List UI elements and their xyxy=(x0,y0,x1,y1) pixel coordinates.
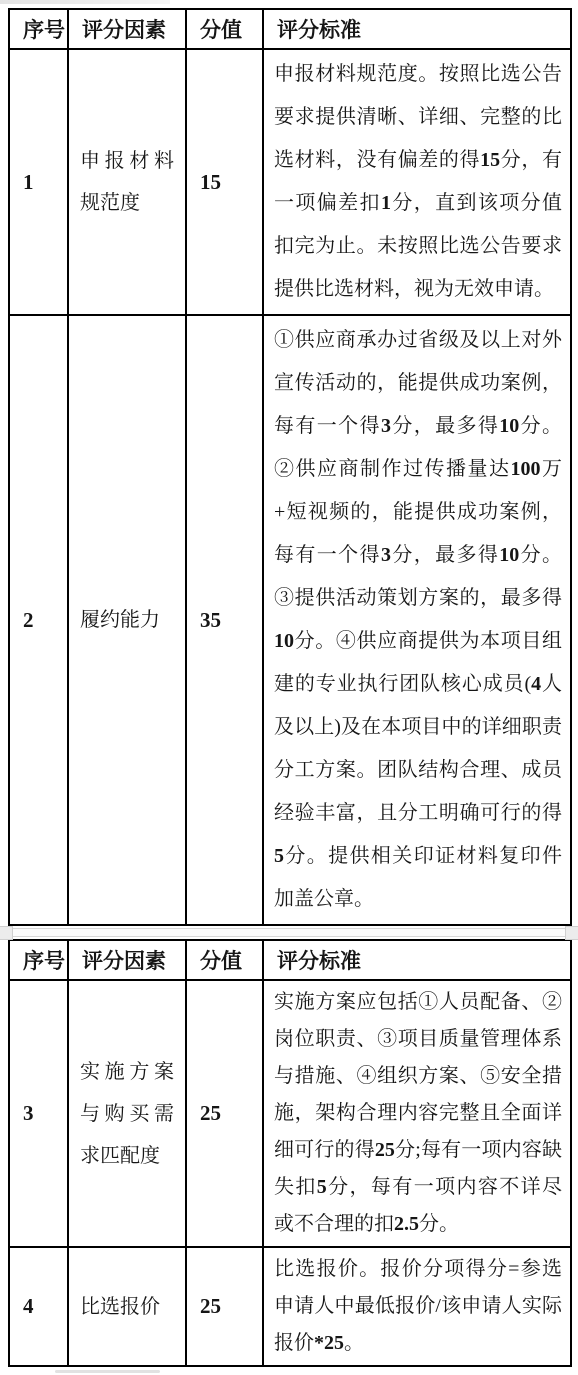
header-cell-seq: 序号 xyxy=(9,9,68,49)
header-row: 序号 评分因素 分值 评分标准 xyxy=(9,9,571,49)
row-seq: 2 xyxy=(9,315,68,925)
header-cell-score: 分值 xyxy=(186,940,263,980)
row-score: 25 xyxy=(186,1247,263,1366)
row-criteria: 申报材料规范度。按照比选公告要求提供清晰、详细、完整的比选材料，没有偏差的得15… xyxy=(263,49,571,315)
row-factor: 比选报价 xyxy=(68,1247,186,1366)
row-seq: 4 xyxy=(9,1247,68,1366)
row-factor: 实施方案与购买需求匹配度 xyxy=(68,980,186,1247)
table-row: 2 履约能力 35 ①供应商承办过省级及以上对外宣传活动的，能提供成功案例，每有… xyxy=(9,315,571,925)
row-score: 35 xyxy=(186,315,263,925)
row-seq: 3 xyxy=(9,980,68,1247)
row-seq: 1 xyxy=(9,49,68,315)
header-cell-score: 分值 xyxy=(186,9,263,49)
scoring-table-part-2: 序号 评分因素 分值 评分标准 3 实施方案与购买需求匹配度 25 实施方案应包… xyxy=(8,939,572,1367)
header-cell-factor: 评分因素 xyxy=(68,940,186,980)
table-row: 4 比选报价 25 比选报价。报价分项得分=参选申请人中最低报价/该申请人实际报… xyxy=(9,1247,571,1366)
row-score: 25 xyxy=(186,980,263,1247)
table-row: 3 实施方案与购买需求匹配度 25 实施方案应包括①人员配备、②岗位职责、③项目… xyxy=(9,980,571,1247)
scan-edge-artifact xyxy=(0,0,170,4)
header-cell-criteria: 评分标准 xyxy=(263,940,571,980)
row-criteria: 实施方案应包括①人员配备、②岗位职责、③项目质量管理体系与措施、④组织方案、⑤安… xyxy=(263,980,571,1247)
scoring-table-part-1: 序号 评分因素 分值 评分标准 1 申报材料规范度 15 申报材料规范度。按照比… xyxy=(8,8,572,926)
header-cell-seq: 序号 xyxy=(9,940,68,980)
header-cell-factor: 评分因素 xyxy=(68,9,186,49)
row-score: 15 xyxy=(186,49,263,315)
header-row: 序号 评分因素 分值 评分标准 xyxy=(9,940,571,980)
scan-smudge-artifact xyxy=(55,1370,160,1373)
row-criteria: ①供应商承办过省级及以上对外宣传活动的，能提供成功案例，每有一个得3分，最多得1… xyxy=(263,315,571,925)
table-row: 1 申报材料规范度 15 申报材料规范度。按照比选公告要求提供清晰、详细、完整的… xyxy=(9,49,571,315)
header-cell-criteria: 评分标准 xyxy=(263,9,571,49)
row-factor: 履约能力 xyxy=(68,315,186,925)
page-break-separator xyxy=(0,928,578,937)
row-factor: 申报材料规范度 xyxy=(68,49,186,315)
row-criteria: 比选报价。报价分项得分=参选申请人中最低报价/该申请人实际报价*25。 xyxy=(263,1247,571,1366)
page-edge-mark-left xyxy=(0,926,13,940)
page-edge-mark-right xyxy=(565,926,578,940)
document-page: 序号 评分因素 分值 评分标准 1 申报材料规范度 15 申报材料规范度。按照比… xyxy=(0,0,578,1373)
